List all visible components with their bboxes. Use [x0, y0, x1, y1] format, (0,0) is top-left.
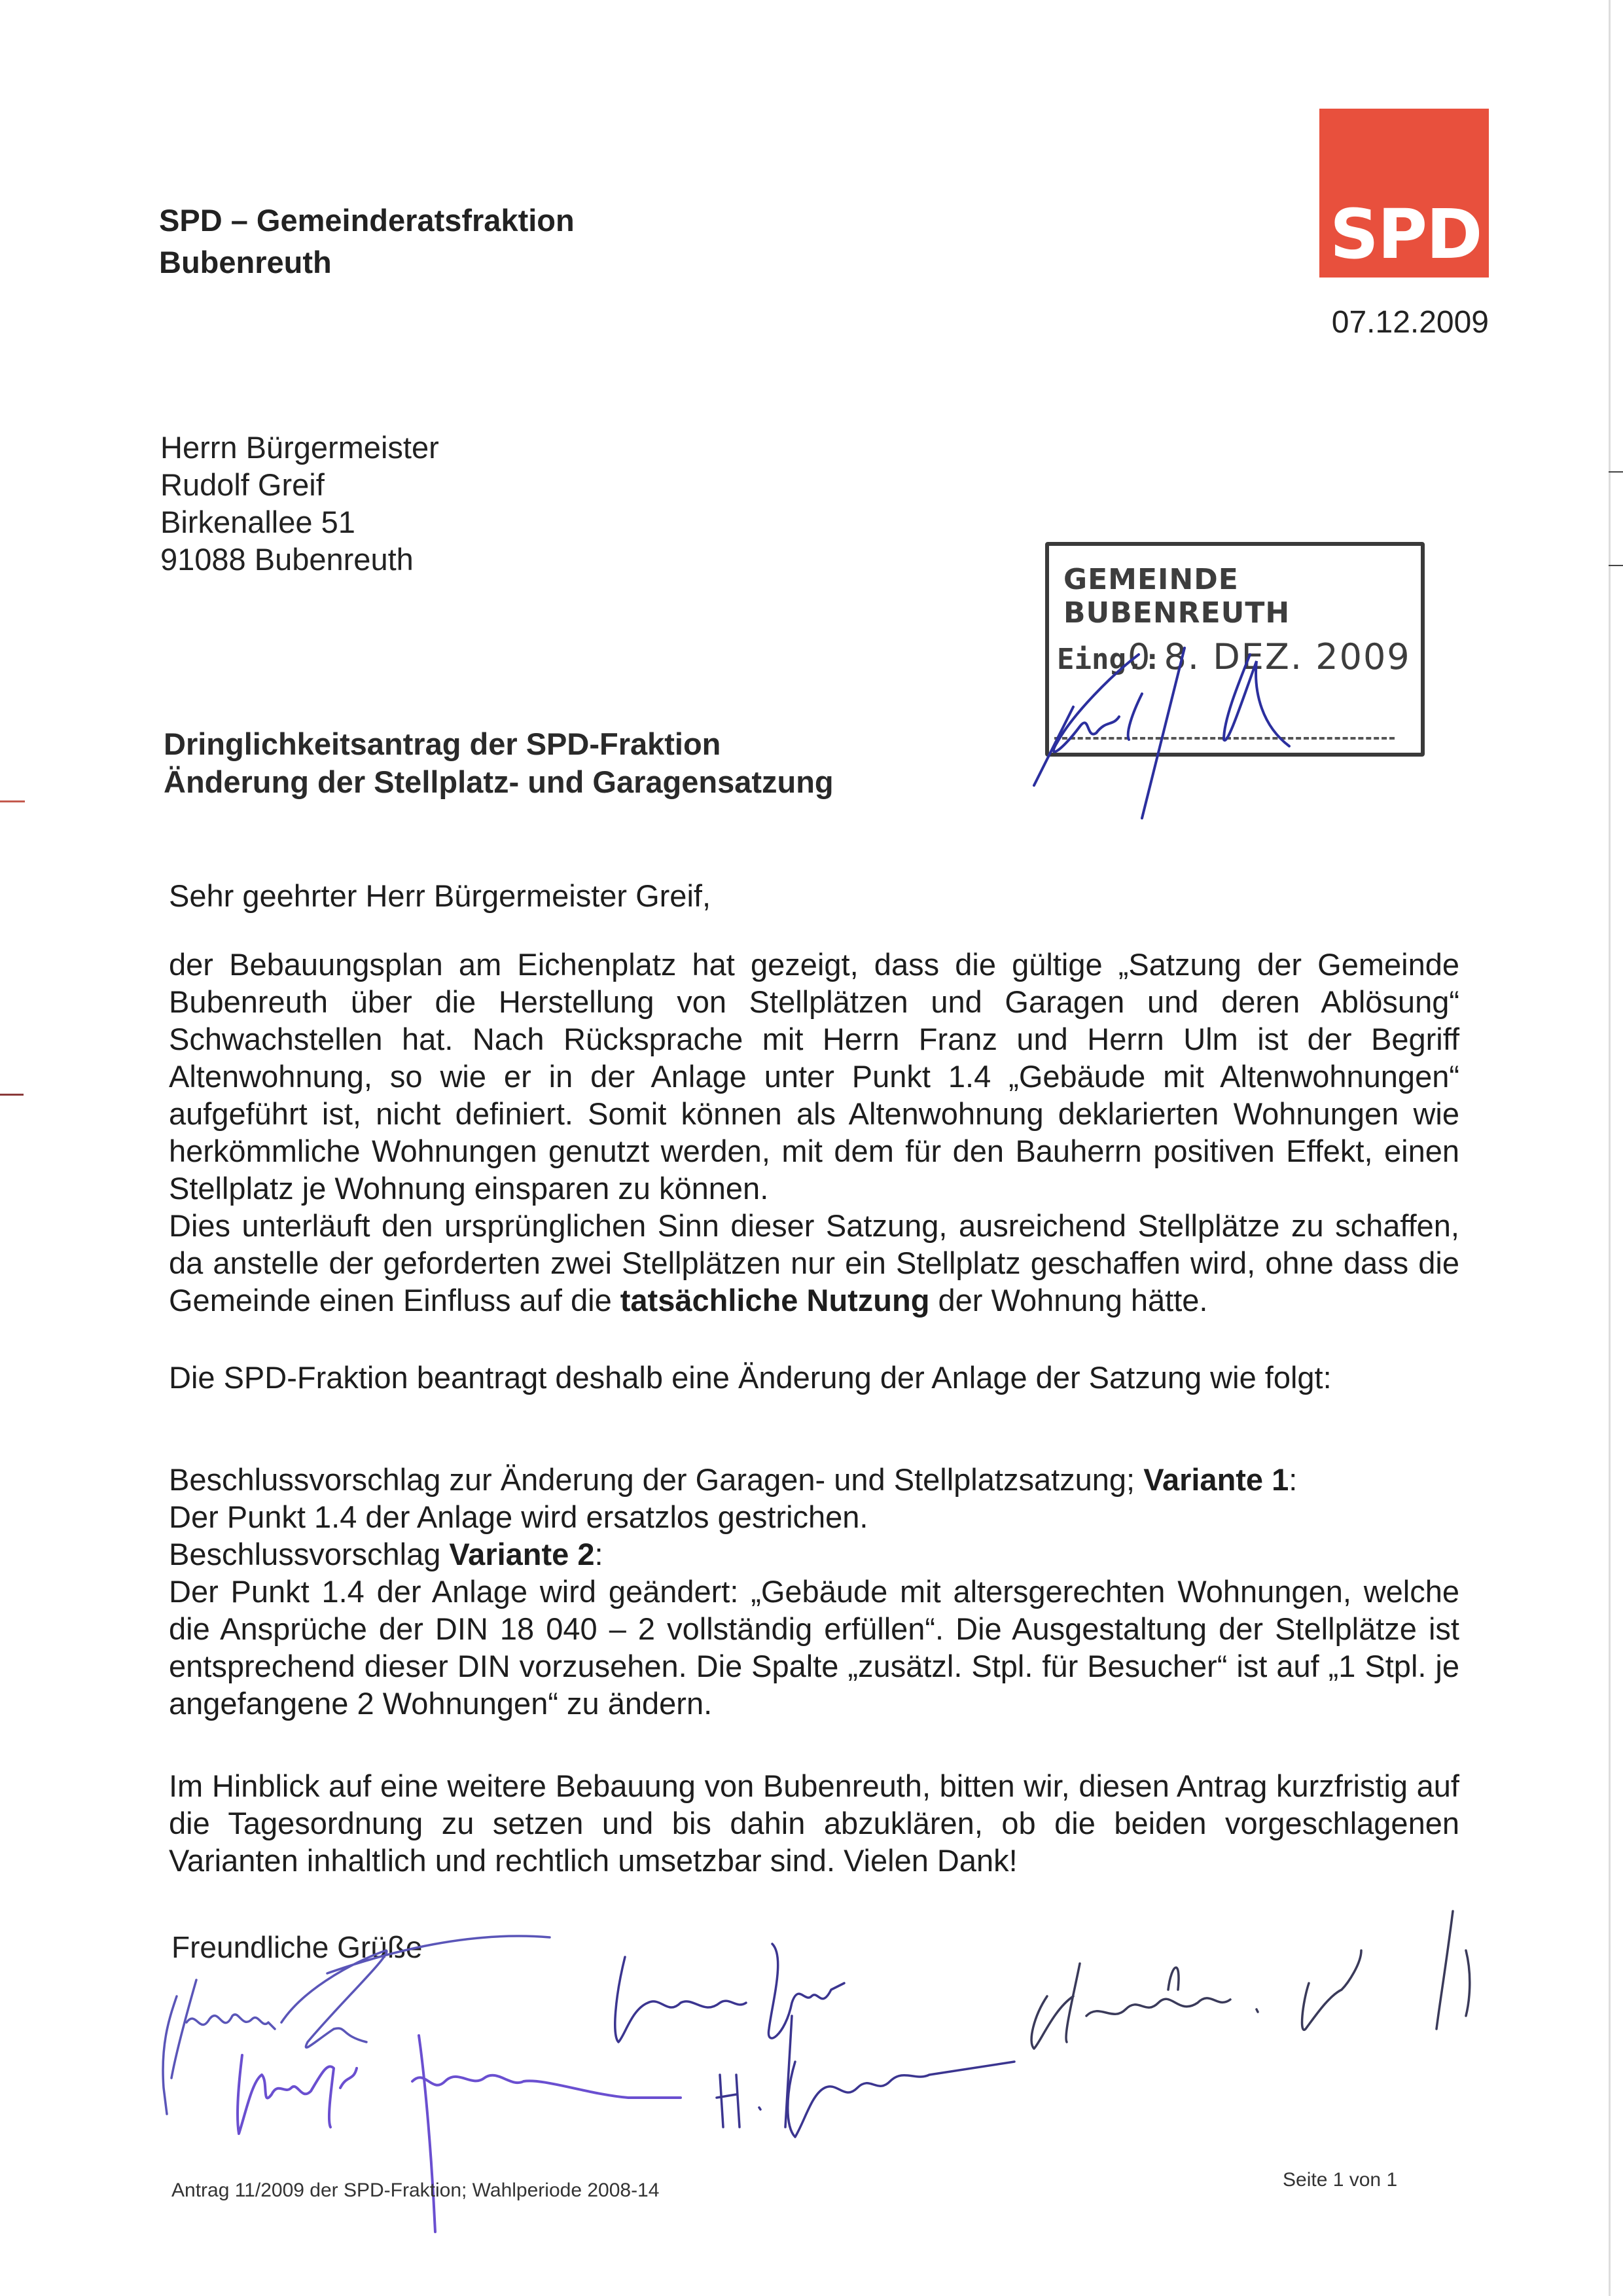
signature-5: [717, 2062, 1014, 2137]
signature-2: [615, 1944, 844, 2127]
signatures: [0, 0, 1623, 2296]
signature-4: [238, 2036, 681, 2232]
signature-3: [1031, 1911, 1470, 2049]
footer-reference: Antrag 11/2009 der SPD-Fraktion; Wahlper…: [171, 2179, 659, 2202]
signature-1: [163, 1936, 550, 2114]
page-number: Seite 1 von 1: [1283, 2169, 1397, 2191]
